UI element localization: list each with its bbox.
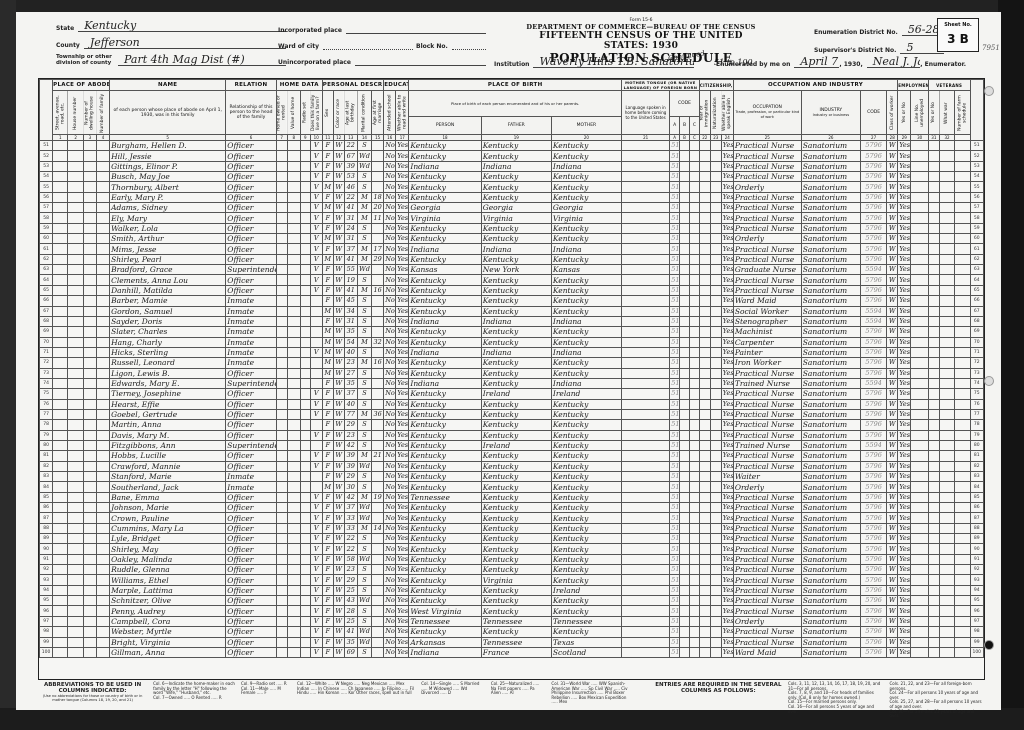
- unemployed-cell: [911, 627, 929, 637]
- header-name-desc: of each person whose place of abode on A…: [110, 91, 226, 135]
- father-birthplace-cell: Kentucky: [481, 544, 551, 554]
- veteran-cell: [928, 358, 939, 368]
- farm-schedule-cell: [955, 575, 970, 585]
- farm-schedule-cell: [955, 544, 970, 554]
- naturalization-cell: [710, 461, 721, 471]
- census-row: 89Lyle, BridgetOfficerVFW22SNoYesKentuck…: [40, 534, 984, 544]
- code-a-cell: 51: [670, 327, 680, 337]
- value-cell: [287, 534, 300, 544]
- mother-birthplace-cell: Indiana: [551, 244, 621, 254]
- value-cell: [287, 575, 300, 585]
- relation-cell: Officer: [226, 182, 276, 192]
- sex-cell: M: [322, 368, 333, 378]
- farm-schedule-cell: [955, 565, 970, 575]
- header-radio: Radio set: [300, 91, 310, 135]
- race-cell: W: [333, 585, 344, 595]
- marriage-age-cell: [372, 182, 384, 192]
- township-field: Township or other division of county Par…: [56, 54, 286, 66]
- code-c-cell: [689, 337, 699, 347]
- dwelling-cell: [83, 306, 96, 316]
- class-cell: W: [887, 585, 898, 595]
- birthplace-cell: Kentucky: [409, 451, 481, 461]
- class-cell: W: [887, 503, 898, 513]
- immigration-cell: [699, 234, 710, 244]
- english-cell: Yes: [721, 389, 733, 399]
- father-birthplace-cell: Kentucky: [481, 296, 551, 306]
- institution-field: Institution Waverly Hills T.B. Sanatoriu…: [494, 56, 694, 68]
- unincorporated-field: Unincorporated place: [278, 56, 486, 66]
- dwelling-cell: [83, 503, 96, 513]
- sex-cell: F: [322, 616, 333, 626]
- birthplace-cell: Kentucky: [409, 565, 481, 575]
- class-cell: W: [887, 265, 898, 275]
- mother-birthplace-cell: Kentucky: [551, 534, 621, 544]
- birthplace-cell: Kentucky: [409, 358, 481, 368]
- immigration-cell: [699, 472, 710, 482]
- school-cell: No: [384, 213, 396, 223]
- industry-cell: Sanatorium: [801, 513, 860, 523]
- marriage-age-cell: [372, 368, 384, 378]
- header-occ-code: CODE: [860, 91, 886, 135]
- school-cell: No: [384, 389, 396, 399]
- marriage-age-cell: [372, 161, 384, 171]
- class-cell: W: [887, 420, 898, 430]
- mother-birthplace-cell: Kentucky: [551, 554, 621, 564]
- war-cell: [939, 182, 954, 192]
- unemployed-cell: [911, 482, 929, 492]
- header-street: Street, avenue, road, etc.: [53, 91, 68, 135]
- value-cell: [287, 347, 300, 357]
- census-row: 51Burgham, Hellen D.OfficerVFW22SNoYesKe…: [40, 141, 984, 151]
- occupation-cell: Practical Nurse: [733, 606, 801, 616]
- header-occupation: OCCUPATIONTrade, profession, or particul…: [733, 91, 801, 135]
- abbreviations-note: (Use no abbreviations for those or count…: [38, 694, 147, 702]
- war-cell: [939, 544, 954, 554]
- english-cell: Yes: [721, 503, 733, 513]
- code-a-cell: 51: [670, 172, 680, 182]
- person-name: Hobbs, Lucille: [110, 451, 226, 461]
- birthplace-cell: Indiana: [409, 378, 481, 388]
- farm-cell: V: [310, 213, 322, 223]
- industry-cell: Sanatorium: [801, 296, 860, 306]
- language-cell: [622, 523, 670, 533]
- immigration-cell: [699, 306, 710, 316]
- occupation-cell: Practical Nurse: [733, 192, 801, 202]
- header-age: Age at last birthday: [344, 91, 357, 135]
- employed-cell: Yes: [898, 461, 911, 471]
- mother-birthplace-cell: Kentucky: [551, 420, 621, 430]
- birthplace-cell: Kentucky: [409, 275, 481, 285]
- naturalization-cell: [710, 141, 721, 151]
- farm-schedule-cell: [955, 296, 970, 306]
- abbreviations-title: ABBREVIATIONS TO BE USED IN COLUMNS INDI…: [38, 682, 147, 694]
- radio-cell: [300, 337, 310, 347]
- person-name: Hill, Jessie: [110, 151, 226, 161]
- read-write-cell: Yes: [396, 399, 409, 409]
- person-name: Smith, Arthur: [110, 234, 226, 244]
- unemployed-cell: [911, 327, 929, 337]
- father-birthplace-cell: Kentucky: [481, 627, 551, 637]
- immigration-cell: [699, 534, 710, 544]
- war-cell: [939, 575, 954, 585]
- sex-cell: F: [322, 296, 333, 306]
- family-cell: [96, 151, 109, 161]
- radio-cell: [300, 596, 310, 606]
- code-c-cell: [689, 575, 699, 585]
- street-cell: [53, 358, 68, 368]
- farm-schedule-cell: [955, 482, 970, 492]
- employed-cell: Yes: [898, 368, 911, 378]
- age-cell: 41: [344, 627, 357, 637]
- war-cell: [939, 596, 954, 606]
- naturalization-cell: [710, 482, 721, 492]
- farm-cell: [310, 337, 322, 347]
- header-person: PERSON: [409, 117, 481, 135]
- father-birthplace-cell: Tennessee: [481, 637, 551, 647]
- line-number: 81: [40, 451, 53, 461]
- marital-cell: S: [357, 234, 371, 244]
- naturalization-cell: [710, 523, 721, 533]
- unemployed-cell: [911, 265, 929, 275]
- english-cell: Yes: [721, 347, 733, 357]
- house-number-cell: [68, 389, 83, 399]
- header-language: Language spoken in home before coming to…: [622, 91, 670, 135]
- school-cell: No: [384, 368, 396, 378]
- employed-cell: Yes: [898, 254, 911, 264]
- person-name: Schnitzer, Olive: [110, 596, 226, 606]
- occupation-cell: Practical Nurse: [733, 585, 801, 595]
- owned-cell: [276, 203, 287, 213]
- race-cell: W: [333, 596, 344, 606]
- sex-cell: F: [322, 585, 333, 595]
- line-number-right: 80: [970, 440, 983, 450]
- occ-code-cell: 5796: [860, 172, 886, 182]
- abbr-col11-text: Col. 11—Male ..... M Female ..... F: [241, 687, 291, 696]
- english-cell: Yes: [721, 596, 733, 606]
- immigration-cell: [699, 430, 710, 440]
- english-cell: Yes: [721, 409, 733, 419]
- marriage-age-cell: [372, 627, 384, 637]
- war-cell: [939, 234, 954, 244]
- employed-cell: Yes: [898, 575, 911, 585]
- sex-cell: F: [322, 151, 333, 161]
- house-number-cell: [68, 203, 83, 213]
- read-write-cell: Yes: [396, 492, 409, 502]
- dwelling-cell: [83, 430, 96, 440]
- school-cell: No: [384, 182, 396, 192]
- radio-cell: [300, 440, 310, 450]
- line-number-right: 52: [970, 151, 983, 161]
- code-a-cell: 51: [670, 141, 680, 151]
- relation-cell: Officer: [226, 254, 276, 264]
- family-cell: [96, 327, 109, 337]
- school-cell: No: [384, 461, 396, 471]
- owned-cell: [276, 399, 287, 409]
- industry-cell: Sanatorium: [801, 575, 860, 585]
- person-name: Martin, Anna: [110, 420, 226, 430]
- farm-cell: V: [310, 596, 322, 606]
- employed-cell: Yes: [898, 161, 911, 171]
- marriage-age-cell: [372, 472, 384, 482]
- occupation-cell: Trained Nurse: [733, 440, 801, 450]
- value-cell: [287, 285, 300, 295]
- occupation-cell: Practical Nurse: [733, 409, 801, 419]
- english-cell: Yes: [721, 213, 733, 223]
- father-birthplace-cell: Kentucky: [481, 358, 551, 368]
- family-cell: [96, 606, 109, 616]
- language-cell: [622, 482, 670, 492]
- street-cell: [53, 223, 68, 233]
- occupation-cell: Practical Nurse: [733, 213, 801, 223]
- street-cell: [53, 347, 68, 357]
- industry-cell: Sanatorium: [801, 430, 860, 440]
- person-name: Ligon, Lewis B.: [110, 368, 226, 378]
- family-cell: [96, 399, 109, 409]
- farm-schedule-cell: [955, 378, 970, 388]
- birthplace-cell: Kentucky: [409, 234, 481, 244]
- sex-cell: F: [322, 265, 333, 275]
- header-code: CODE: [670, 91, 700, 117]
- code-b-cell: [680, 616, 690, 626]
- owned-cell: [276, 141, 287, 151]
- farm-schedule-cell: [955, 389, 970, 399]
- class-cell: W: [887, 275, 898, 285]
- occ-code-cell: 5796: [860, 461, 886, 471]
- occupation-cell: Orderly: [733, 234, 801, 244]
- code-a-cell: 51: [670, 389, 680, 399]
- house-number-cell: [68, 275, 83, 285]
- person-name: Bright, Virginia: [110, 637, 226, 647]
- industry-cell: Sanatorium: [801, 409, 860, 419]
- school-cell: No: [384, 647, 396, 657]
- line-number-right: 60: [970, 234, 983, 244]
- father-birthplace-cell: Kentucky: [481, 523, 551, 533]
- line-number-right: 85: [970, 492, 983, 502]
- relation-cell: Officer: [226, 213, 276, 223]
- owned-cell: [276, 347, 287, 357]
- house-number-cell: [68, 296, 83, 306]
- unemployed-cell: [911, 492, 929, 502]
- code-c-cell: [689, 254, 699, 264]
- value-cell: [287, 172, 300, 182]
- language-cell: [622, 389, 670, 399]
- street-cell: [53, 234, 68, 244]
- school-cell: No: [384, 606, 396, 616]
- naturalization-cell: [710, 647, 721, 657]
- read-write-cell: Yes: [396, 234, 409, 244]
- birthplace-cell: Kentucky: [409, 285, 481, 295]
- sex-cell: F: [322, 192, 333, 202]
- english-cell: Yes: [721, 327, 733, 337]
- read-write-cell: Yes: [396, 192, 409, 202]
- race-cell: W: [333, 316, 344, 326]
- mother-birthplace-cell: Kentucky: [551, 575, 621, 585]
- relation-cell: Officer: [226, 492, 276, 502]
- code-c-cell: [689, 223, 699, 233]
- relation-cell: Inmate: [226, 482, 276, 492]
- naturalization-cell: [710, 151, 721, 161]
- person-name: Hearst, Effie: [110, 399, 226, 409]
- radio-cell: [300, 503, 310, 513]
- dwelling-cell: [83, 358, 96, 368]
- industry-cell: Sanatorium: [801, 399, 860, 409]
- unemployed-cell: [911, 585, 929, 595]
- enumerated-label: Enumerated by me on: [716, 61, 790, 68]
- birthplace-cell: West Virginia: [409, 606, 481, 616]
- code-b-cell: [680, 637, 690, 647]
- class-cell: W: [887, 461, 898, 471]
- read-write-cell: Yes: [396, 254, 409, 264]
- owned-cell: [276, 316, 287, 326]
- marital-cell: M: [357, 192, 371, 202]
- institution-label: Institution: [494, 61, 529, 68]
- code-b-cell: [680, 347, 690, 357]
- occ-code-cell: 5594: [860, 265, 886, 275]
- race-cell: W: [333, 544, 344, 554]
- sex-cell: F: [322, 378, 333, 388]
- house-number-cell: [68, 337, 83, 347]
- mother-birthplace-cell: Indiana: [551, 161, 621, 171]
- farm-schedule-cell: [955, 461, 970, 471]
- mother-birthplace-cell: Kentucky: [551, 513, 621, 523]
- unemployed-cell: [911, 544, 929, 554]
- language-cell: [622, 151, 670, 161]
- sex-cell: F: [322, 316, 333, 326]
- mother-birthplace-cell: Kentucky: [551, 492, 621, 502]
- family-cell: [96, 409, 109, 419]
- birthplace-cell: Kentucky: [409, 430, 481, 440]
- industry-cell: Sanatorium: [801, 306, 860, 316]
- family-cell: [96, 203, 109, 213]
- occ-code-cell: 5796: [860, 254, 886, 264]
- farm-cell: V: [310, 616, 322, 626]
- code-b-cell: [680, 565, 690, 575]
- read-write-cell: Yes: [396, 151, 409, 161]
- war-cell: [939, 616, 954, 626]
- line-number: 71: [40, 347, 53, 357]
- street-cell: [53, 306, 68, 316]
- family-cell: [96, 316, 109, 326]
- read-write-cell: Yes: [396, 285, 409, 295]
- radio-cell: [300, 192, 310, 202]
- code-b-cell: [680, 316, 690, 326]
- school-cell: No: [384, 575, 396, 585]
- age-cell: 31: [344, 316, 357, 326]
- marital-cell: M: [357, 285, 371, 295]
- header-attended-school: Attended school: [384, 91, 396, 135]
- race-cell: W: [333, 565, 344, 575]
- unemployed-cell: [911, 223, 929, 233]
- line-number: 61: [40, 244, 53, 254]
- unincorporated-value: [355, 56, 486, 66]
- war-cell: [939, 296, 954, 306]
- english-cell: Yes: [721, 534, 733, 544]
- farm-cell: V: [310, 492, 322, 502]
- radio-cell: [300, 399, 310, 409]
- header-naturalization: Naturalization: [710, 91, 721, 135]
- radio-cell: [300, 389, 310, 399]
- sex-cell: F: [322, 544, 333, 554]
- code-a-cell: 51: [670, 285, 680, 295]
- farm-cell: V: [310, 285, 322, 295]
- class-cell: W: [887, 244, 898, 254]
- farm-schedule-cell: [955, 337, 970, 347]
- occupation-cell: Practical Nurse: [733, 503, 801, 513]
- house-number-cell: [68, 565, 83, 575]
- family-cell: [96, 575, 109, 585]
- line-number: 51: [40, 141, 53, 151]
- census-row: 99Bright, VirginiaOfficerVFW35WdNoYesArk…: [40, 637, 984, 647]
- header-dwelling-number: Number of dwelling house: [83, 91, 96, 135]
- relation-cell: Officer: [226, 420, 276, 430]
- birthplace-cell: Kentucky: [409, 296, 481, 306]
- value-cell: [287, 440, 300, 450]
- immigration-cell: [699, 461, 710, 471]
- age-cell: 27: [344, 368, 357, 378]
- block-label: Block No.: [416, 43, 448, 50]
- age-cell: 58: [344, 554, 357, 564]
- farm-schedule-cell: [955, 192, 970, 202]
- house-number-cell: [68, 151, 83, 161]
- value-cell: [287, 399, 300, 409]
- farm-cell: V: [310, 254, 322, 264]
- war-cell: [939, 316, 954, 326]
- sheet-value: 3 B: [938, 32, 978, 46]
- veteran-cell: [928, 378, 939, 388]
- race-cell: W: [333, 534, 344, 544]
- school-cell: No: [384, 554, 396, 564]
- father-birthplace-cell: Ireland: [481, 389, 551, 399]
- race-cell: W: [333, 223, 344, 233]
- immigration-cell: [699, 141, 710, 151]
- group-occupation-industry: OCCUPATION AND INDUSTRY: [733, 80, 897, 91]
- industry-cell: Sanatorium: [801, 275, 860, 285]
- birthplace-cell: Kentucky: [409, 182, 481, 192]
- sex-cell: F: [322, 420, 333, 430]
- census-row: 63Bradford, GraceSuperintendentVFW55WdNo…: [40, 265, 984, 275]
- occ-code-cell: 5594: [860, 440, 886, 450]
- sex-cell: F: [322, 503, 333, 513]
- relation-cell: Inmate: [226, 337, 276, 347]
- language-cell: [622, 265, 670, 275]
- unemployed-cell: [911, 440, 929, 450]
- group-employment: EMPLOYMENT: [898, 80, 929, 91]
- census-row: 82Crawford, MannieOfficerVFW39WdNoYesKen…: [40, 461, 984, 471]
- township-value: Part 4th Mag Dist (#): [118, 54, 286, 66]
- race-cell: W: [333, 420, 344, 430]
- father-birthplace-cell: Kentucky: [481, 430, 551, 440]
- street-cell: [53, 141, 68, 151]
- school-cell: No: [384, 378, 396, 388]
- farm-cell: V: [310, 347, 322, 357]
- immigration-cell: [699, 275, 710, 285]
- line-number: 53: [40, 161, 53, 171]
- line-number-right: 94: [970, 585, 983, 595]
- radio-cell: [300, 213, 310, 223]
- sex-cell: F: [322, 596, 333, 606]
- dwelling-cell: [83, 347, 96, 357]
- radio-cell: [300, 420, 310, 430]
- marital-cell: S: [357, 585, 371, 595]
- code-a-cell: 51: [670, 337, 680, 347]
- value-cell: [287, 337, 300, 347]
- value-cell: [287, 192, 300, 202]
- enumerator-name: Neal J. James: [867, 56, 921, 68]
- english-cell: Yes: [721, 420, 733, 430]
- read-write-cell: Yes: [396, 296, 409, 306]
- sex-cell: F: [322, 440, 333, 450]
- class-cell: W: [887, 327, 898, 337]
